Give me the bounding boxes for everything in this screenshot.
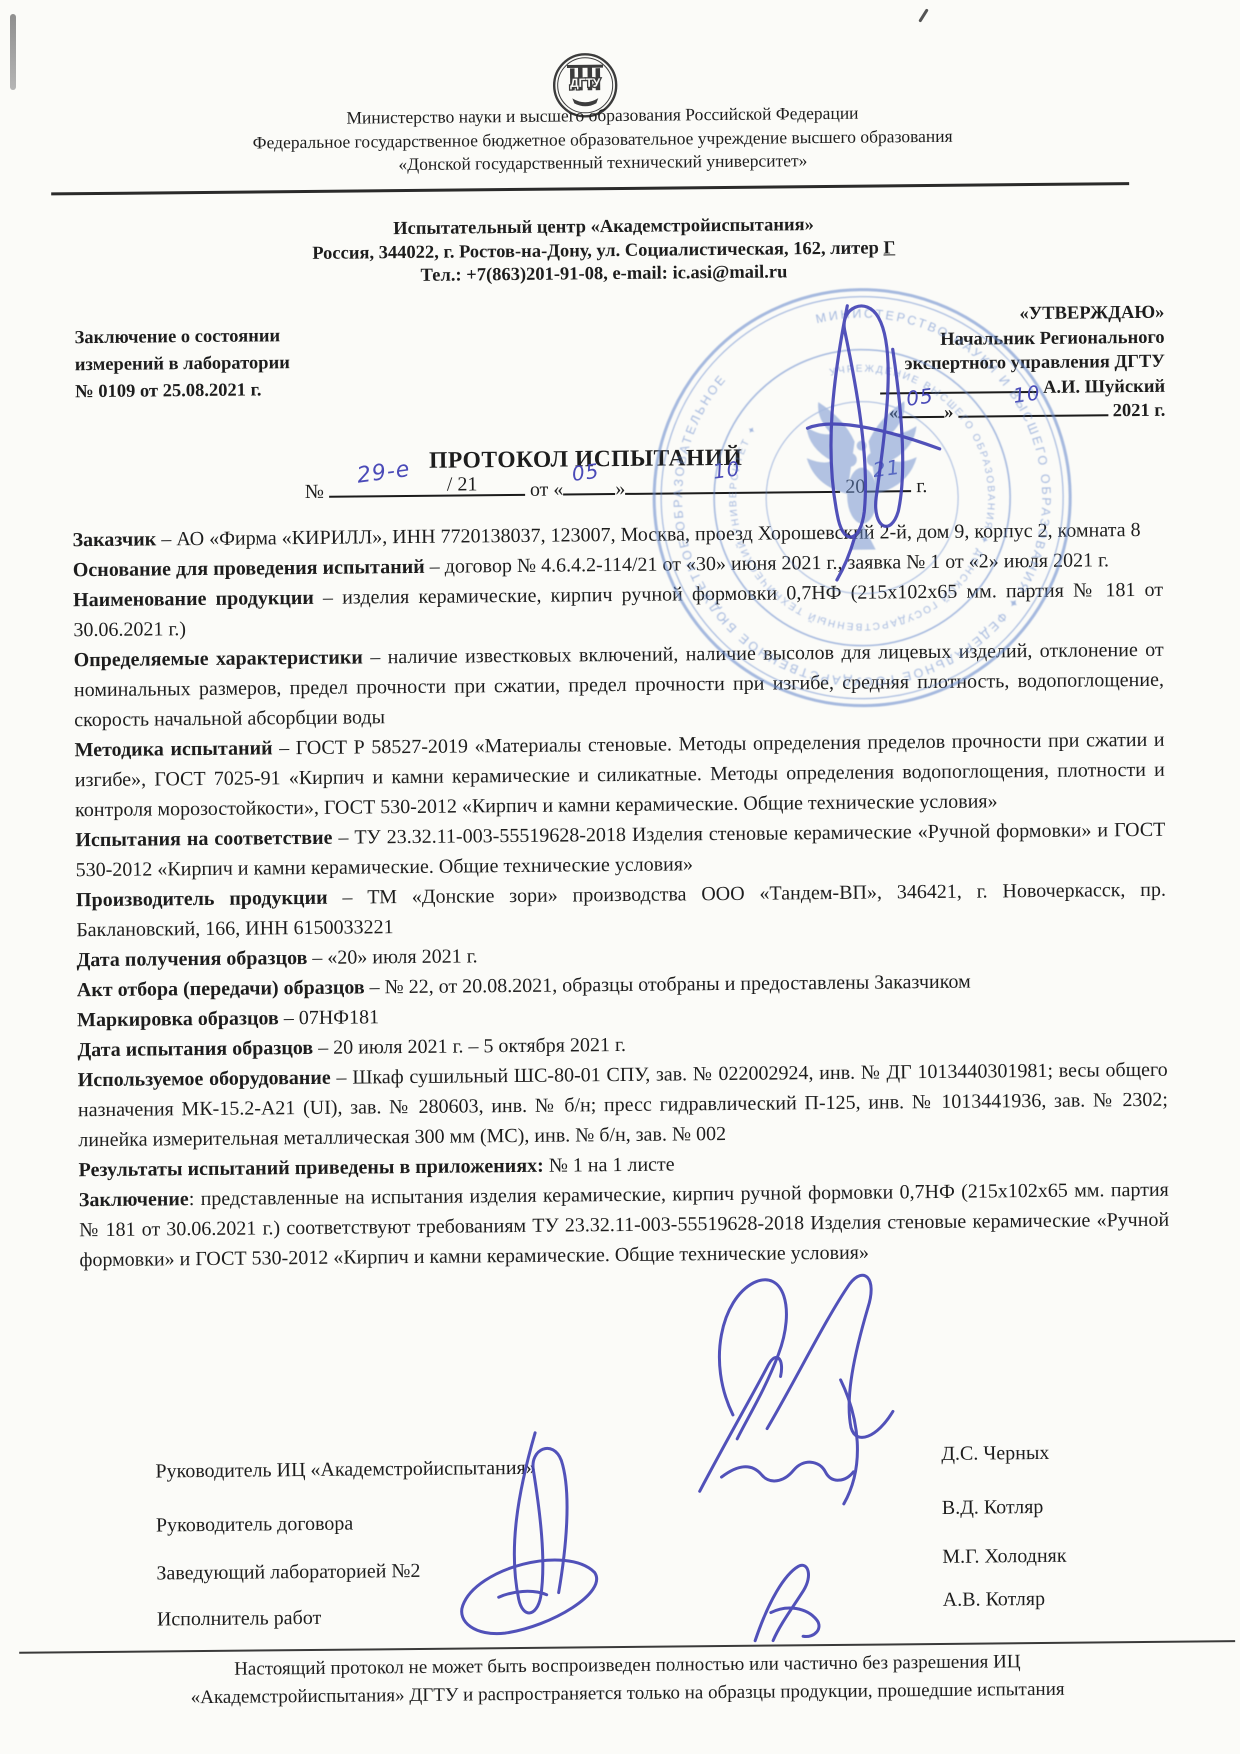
approve-year: 2021 г.	[1113, 401, 1166, 422]
note-line-3: № 0109 от 25.08.2021 г.	[75, 376, 405, 406]
footer-note: Настоящий протокол не может быть воспрои…	[7, 1646, 1240, 1714]
sig-label-contract-head: Руководитель договора	[156, 1513, 353, 1538]
signature-chernykh	[719, 1275, 894, 1439]
address-liter: Г	[883, 238, 895, 258]
document-content: ДГТУ Министерство науки и высшего образо…	[0, 0, 1240, 1754]
para-conformity: Испытания на соответствие – ТУ 23.32.11-…	[75, 815, 1166, 885]
para-equipment: Используемое оборудование – Шкаф сушильн…	[78, 1055, 1169, 1155]
note-line-1: Заключение о состоянии	[74, 322, 404, 352]
signature-kotlyar-av	[754, 1565, 819, 1641]
para-conclusion: Заключение: представленные на испытания …	[79, 1175, 1170, 1275]
logo-text: ДГТУ	[570, 76, 601, 90]
university-round-stamp: МИНИСТЕРСТВО НАУКИ И ВЫСШЕГО ОБРАЗОВАНИЯ…	[642, 278, 1082, 718]
sig-label-head-ic: Руководитель ИЦ «Академстройиспытания»	[155, 1457, 535, 1484]
sig-name-chernykh: Д.С. Черных	[941, 1442, 1049, 1466]
sig-name-kotlyar-av: А.В. Котляр	[943, 1588, 1046, 1612]
sig-name-kholodnyak: М.Г. Холодняк	[942, 1545, 1066, 1569]
handwritten-day: 05	[571, 459, 601, 486]
scanned-protocol-page: ДГТУ Министерство науки и высшего образо…	[0, 0, 1240, 1754]
sig-label-lab-head: Заведующий лабораторией №2	[156, 1560, 420, 1586]
signature-kotlyar-vd	[698, 1357, 858, 1506]
sig-label-executor: Исполнитель работ	[157, 1607, 322, 1632]
ministry-header: Министерство науки и высшего образования…	[0, 98, 1213, 180]
note-line-2: измерений в лаборатории	[75, 349, 405, 379]
sig-name-kotlyar-vd: В.Д. Котляр	[942, 1496, 1044, 1520]
number-label: №	[305, 481, 324, 503]
stamp-eagle-icon	[806, 401, 917, 550]
lab-measurement-note: Заключение о состоянии измерений в лабор…	[74, 322, 405, 406]
para-manufacturer: Производитель продукции – ТМ «Донские зо…	[76, 875, 1167, 945]
para-method: Методика испытаний – ГОСТ Р 58527-2019 «…	[74, 725, 1165, 825]
header-divider	[51, 182, 1129, 195]
printed-number-suffix: / 21	[447, 473, 478, 496]
